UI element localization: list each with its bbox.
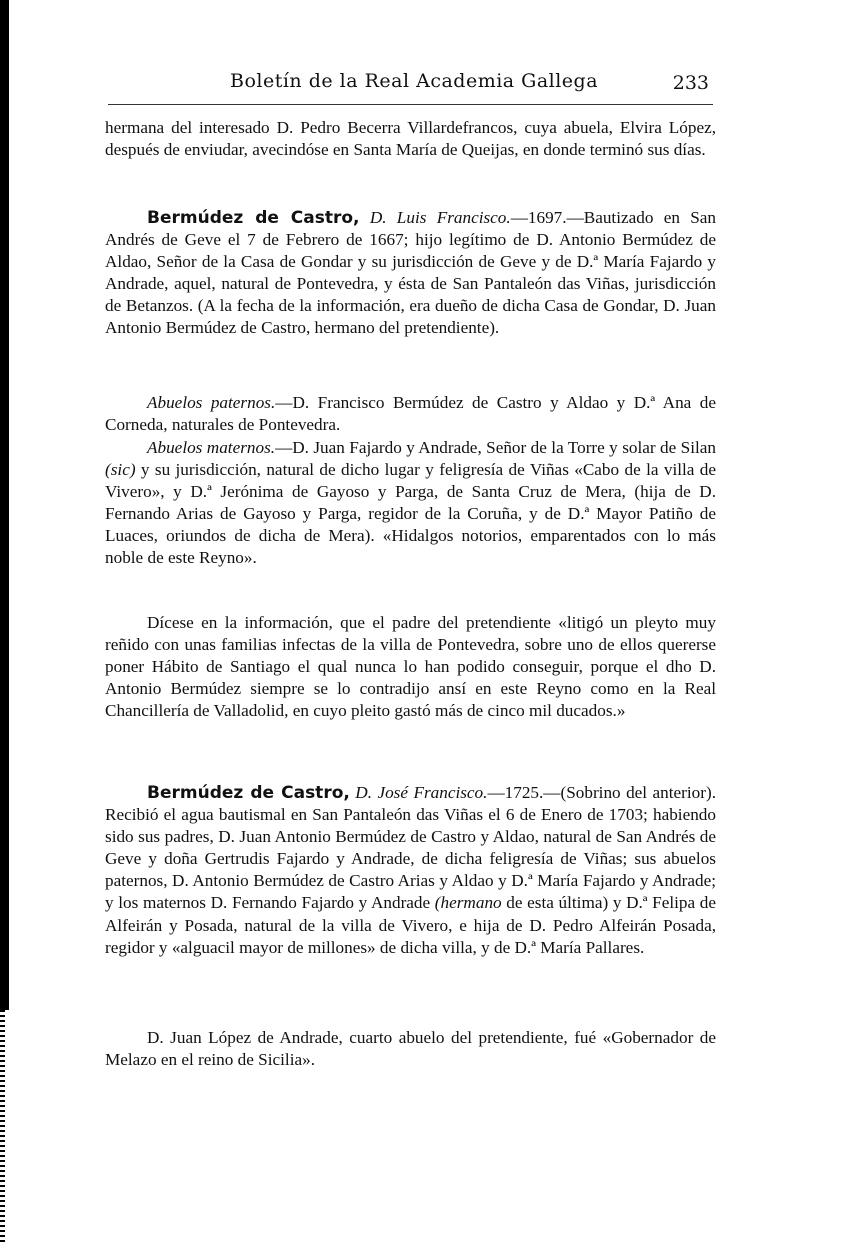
abuelos-maternos-text: —D. Juan Fajardo y Andrade, Señor de la … xyxy=(275,438,716,457)
entry-jose-francisco: Bermúdez de Castro, D. José Francisco.—1… xyxy=(105,782,716,959)
entry-year: —1697.— xyxy=(511,208,584,227)
final-paragraph: D. Juan López de Andrade, cuarto abuelo … xyxy=(105,1027,716,1071)
abuelos-maternos: Abuelos maternos.—D. Juan Fajardo y Andr… xyxy=(105,437,716,570)
abuelos-paternos-label: Abuelos paternos. xyxy=(147,393,275,412)
entry-luis-francisco: Bermúdez de Castro, D. Luis Francisco.—1… xyxy=(105,207,716,340)
scan-binding-edge xyxy=(0,0,9,1010)
paragraph-text: hermana del interesado D. Pedro Becerra … xyxy=(105,117,716,161)
entry-surname: Bermúdez de Castro, xyxy=(147,783,350,803)
paragraph-text: D. Juan López de Andrade, cuarto abuelo … xyxy=(105,1027,716,1071)
running-title: Boletín de la Real Academia Gallega xyxy=(230,70,598,92)
entry-year: —1725.— xyxy=(487,783,560,802)
abuelos-paternos: Abuelos paternos.—D. Francisco Bermúdez … xyxy=(105,392,716,436)
entry-given-name: D. Luis Francisco. xyxy=(370,208,511,227)
page-number: 233 xyxy=(673,72,709,94)
entry-given-name: D. José Francisco. xyxy=(355,783,487,802)
paragraph-text: Dícese en la información, que el padre d… xyxy=(105,612,716,722)
dicese-paragraph: Dícese en la información, que el padre d… xyxy=(105,612,716,722)
scan-binding-edge-lower xyxy=(0,1010,5,1244)
sic-note: (sic) xyxy=(105,460,136,479)
continued-paragraph: hermana del interesado D. Pedro Becerra … xyxy=(105,117,716,161)
header-rule xyxy=(108,104,713,105)
page-header: Boletín de la Real Academia Gallega 233 xyxy=(108,70,713,100)
abuelos-maternos-text-cont: y su jurisdicción, natural de dicho luga… xyxy=(105,460,716,567)
abuelos-maternos-label: Abuelos maternos. xyxy=(147,438,275,457)
entry-surname: Bermúdez de Castro, xyxy=(147,208,360,228)
hermano-note: (hermano xyxy=(435,893,502,912)
